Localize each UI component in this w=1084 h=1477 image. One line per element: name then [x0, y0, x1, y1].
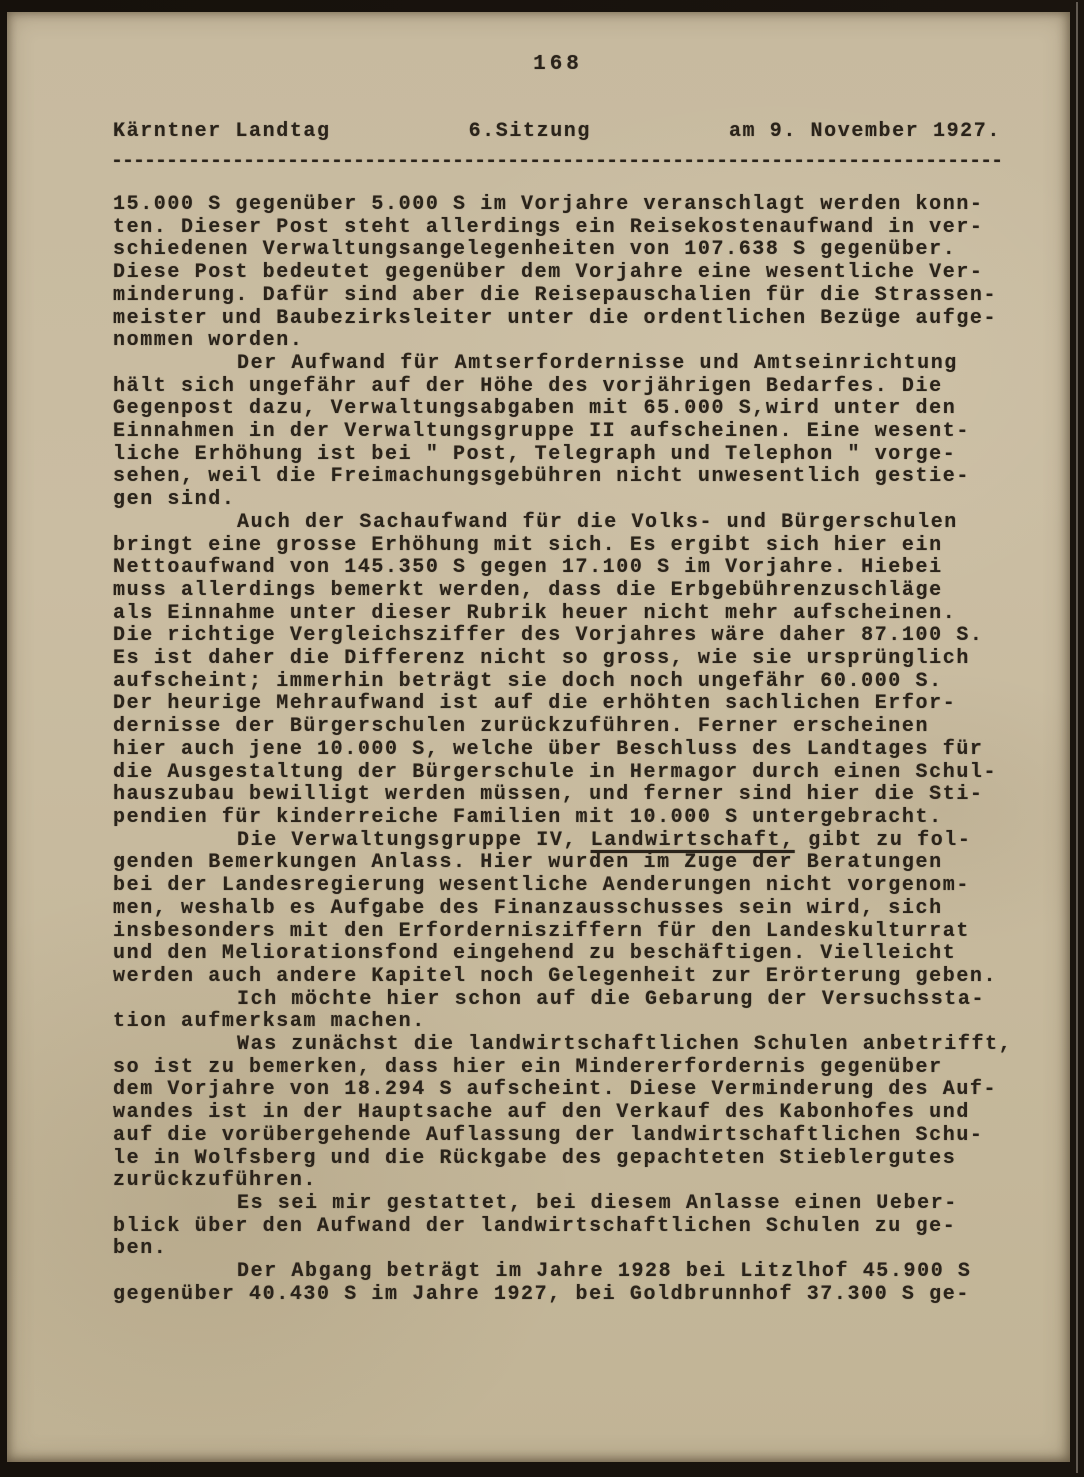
- paragraph-5: Ich möchte hier schon auf die Gebarung d…: [113, 989, 1019, 1034]
- paper-sheet: 168 Kärntner Landtag 6.Sitzung am 9. Nov…: [7, 12, 1070, 1462]
- paragraph-6: Was zunächst die landwirtschaftlichen Sc…: [113, 1034, 1019, 1193]
- scanned-page: 168 Kärntner Landtag 6.Sitzung am 9. Nov…: [0, 0, 1084, 1477]
- session-header: Kärntner Landtag 6.Sitzung am 9. Novembe…: [113, 120, 1001, 143]
- underlined-text: Landwirtschaft,: [591, 829, 795, 852]
- header-session-date: am 9. November 1927.: [729, 120, 1001, 143]
- dashed-rule: ----------------------------------------…: [111, 153, 1001, 171]
- page-number: 168: [113, 53, 1003, 76]
- header-session-number: 6.Sitzung: [469, 120, 591, 143]
- paragraph-7: Es sei mir gestattet, bei diesem Anlasse…: [113, 1193, 1019, 1261]
- paragraph-3: Auch der Sachaufwand für die Volks- und …: [113, 512, 1019, 830]
- header-parliament-title: Kärntner Landtag: [113, 120, 331, 143]
- paragraph-4: Die Verwaltungsgruppe IV, Landwirtschaft…: [113, 830, 1019, 989]
- body-text: 15.000 S gegenüber 5.000 S im Vorjahre v…: [113, 194, 1019, 1306]
- paragraph-8: Der Abgang beträgt im Jahre 1928 bei Lit…: [113, 1261, 1019, 1306]
- paragraph-2: Der Aufwand für Amtserfordernisse und Am…: [113, 353, 1019, 512]
- paragraph-1: 15.000 S gegenüber 5.000 S im Vorjahre v…: [113, 194, 1019, 353]
